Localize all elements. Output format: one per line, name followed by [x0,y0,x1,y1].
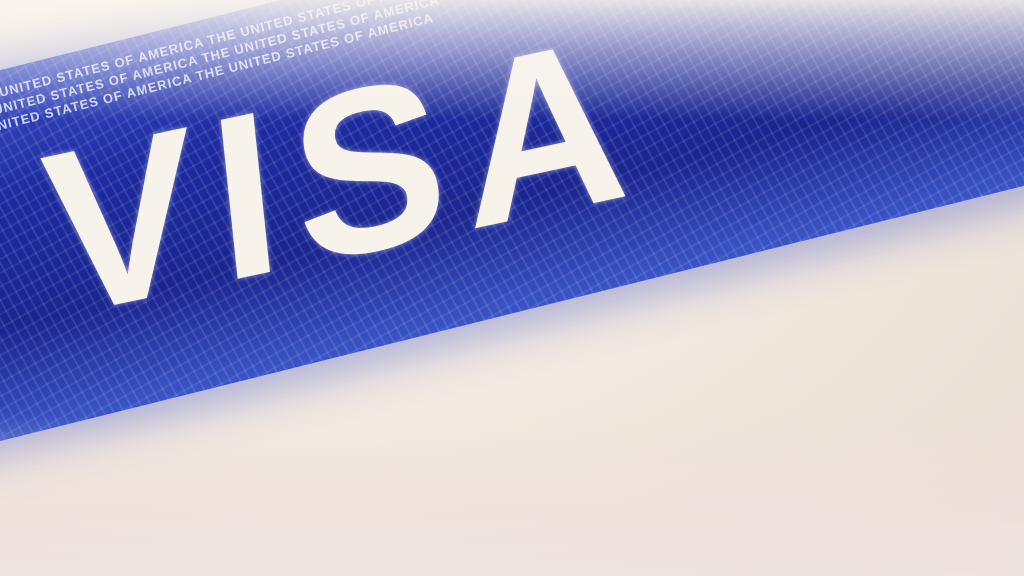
visa-photo: UNITED STATES OF AMERICA THE UNITED STAT… [0,0,1024,576]
bottom-blur [0,416,1024,576]
top-blur [0,0,1024,120]
